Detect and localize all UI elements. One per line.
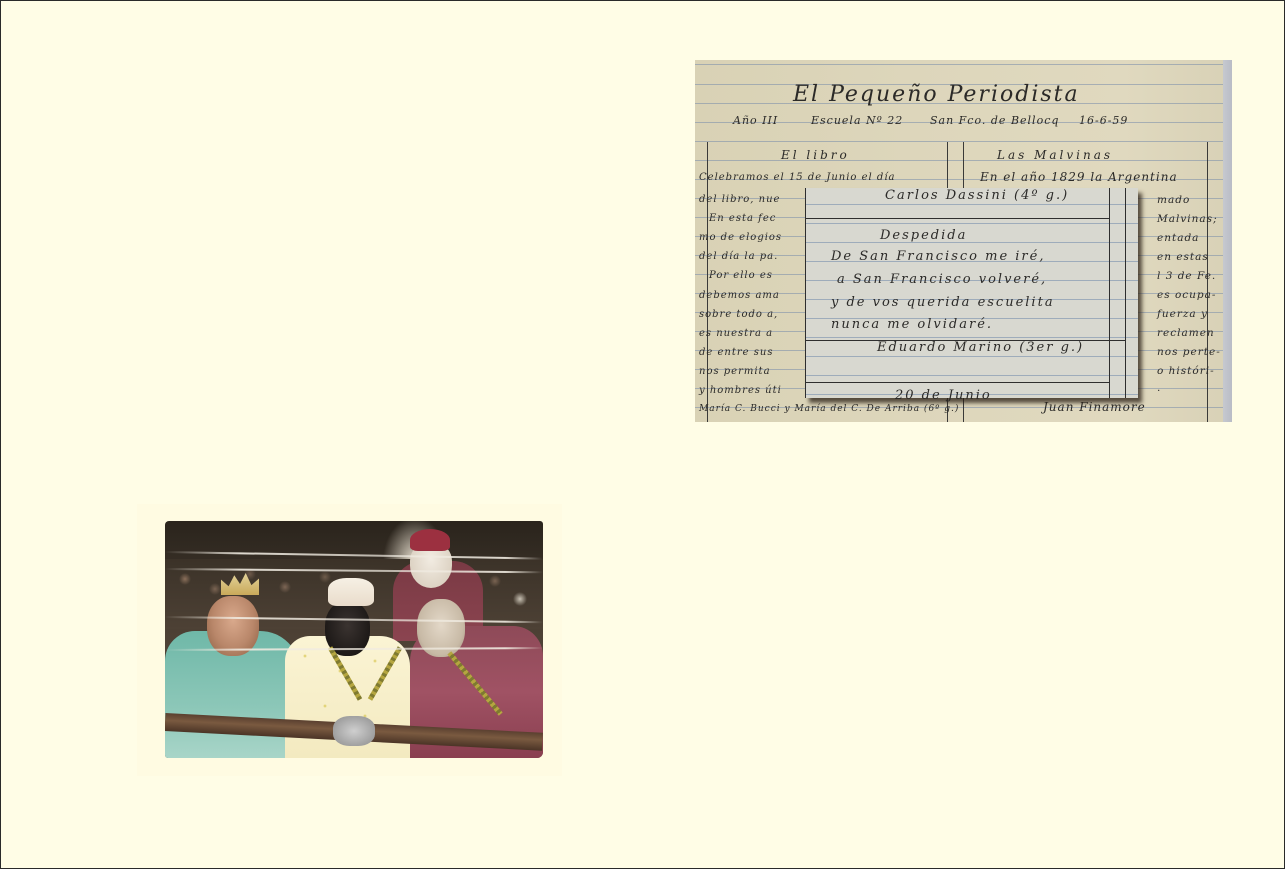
right-column-line: es ocupa- [1157, 289, 1216, 301]
left-column-line: debemos ama [699, 290, 780, 301]
left-column-line: de entre sus [699, 347, 773, 358]
card-rule [805, 382, 1109, 383]
card-rule [1109, 188, 1110, 398]
left-column-line: sobre todo a, [699, 309, 778, 320]
right-column-line: reclamen [1157, 327, 1215, 339]
left-column-line: nos permita [699, 366, 771, 377]
right-column-line: fuerza y [1157, 308, 1208, 320]
year-label: Año III [733, 114, 778, 127]
place-label: San Fco. de Bellocq [930, 114, 1059, 127]
poem-title: Despedida [880, 228, 967, 243]
right-column-line: entada [1157, 232, 1199, 244]
left-column-heading: El libro [781, 148, 850, 162]
date-fragment: 20 de Junio [895, 388, 992, 403]
note-card: Carlos Dassini (4º g.) Despedida De San … [805, 188, 1138, 398]
santa-claus-hat [410, 529, 450, 551]
left-column-line: es nuestra a [699, 328, 773, 339]
column-rule [1207, 142, 1208, 422]
king-green-head [207, 596, 259, 656]
poem-author: Eduardo Marino (3er g.) [877, 340, 1084, 355]
right-column-line: . [1157, 382, 1161, 394]
card-rule [805, 218, 1109, 219]
card-rule [1125, 188, 1126, 398]
left-column-line: En esta fec [709, 213, 776, 224]
right-column-signature: Juan Finamore [1043, 400, 1146, 414]
left-column-line: Por ello es [709, 270, 773, 281]
right-column-line: En el año 1829 la Argentina [980, 170, 1178, 184]
poem-line: a San Francisco volveré, [837, 272, 1047, 287]
scan-edge [1223, 60, 1232, 422]
left-column-line: del día la pa. [699, 251, 778, 262]
column-rule [707, 142, 708, 422]
left-column-line: Celebramos el 15 de Junio el día [699, 172, 895, 183]
poem-line: y de vos querida escuelita [831, 295, 1055, 310]
right-column-line: Malvinas; [1157, 213, 1218, 225]
gloved-hands [333, 716, 375, 746]
left-column-signature: María C. Bucci y María del C. De Arriba … [699, 404, 959, 414]
poem-line: nunca me olvidaré. [831, 317, 993, 332]
left-column-line: del libro, nue [699, 194, 780, 205]
right-column-line: en estas [1157, 251, 1209, 263]
right-column-line: nos perte- [1157, 346, 1221, 358]
top-signature: Carlos Dassini (4º g.) [885, 188, 1069, 203]
school-label: Escuela Nº 22 [811, 114, 903, 127]
right-column-line: o históri- [1157, 365, 1215, 377]
right-column-line: l 3 de Fe. [1157, 270, 1216, 282]
right-column-heading: Las Malvinas [997, 148, 1113, 162]
poem-line: De San Francisco me iré, [831, 249, 1045, 264]
turban [328, 578, 374, 606]
date-label: 16-6-59 [1079, 114, 1128, 127]
left-column-line: y hombres úti [699, 385, 782, 396]
newspaper-title: El Pequeño Periodista [793, 82, 1080, 107]
right-column-line: mado [1157, 194, 1190, 206]
card-rule [805, 188, 806, 398]
vintage-photograph [165, 521, 543, 758]
left-column-line: mo de elogios [699, 232, 782, 243]
newspaper-clipping: El Pequeño Periodista Año III Escuela Nº… [695, 60, 1232, 422]
